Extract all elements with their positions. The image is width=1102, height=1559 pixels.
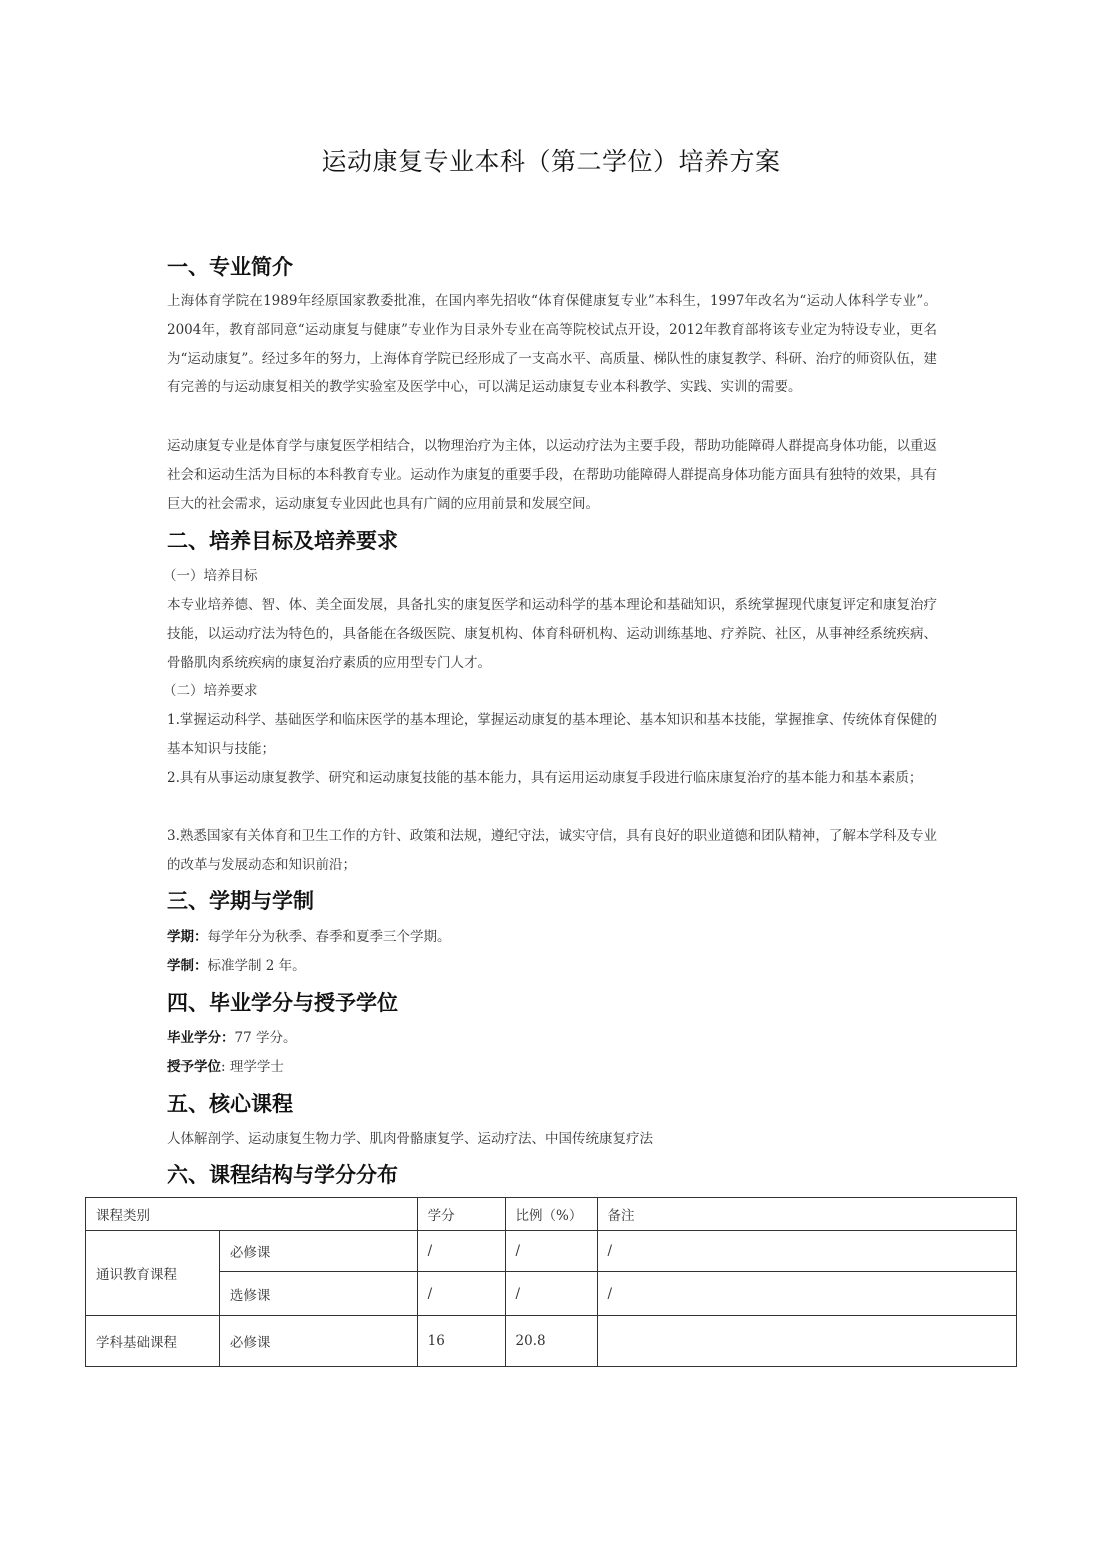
system-line: 学制：标准学制 2 年。: [167, 952, 306, 980]
cell-ratio: 20.8: [505, 1316, 597, 1367]
section-heading-credits: 四、毕业学分与授予学位: [167, 989, 398, 1017]
cell-ratio: /: [505, 1231, 597, 1272]
cell-note: /: [597, 1231, 1017, 1272]
credits-line: 毕业学分：77 学分。: [167, 1024, 296, 1052]
header-course-category: 课程类别: [86, 1198, 418, 1231]
degree-line: 授予学位: 理学学士: [167, 1053, 284, 1081]
cell-ratio: /: [505, 1272, 597, 1316]
system-value: 标准学制 2 年。: [208, 958, 306, 974]
subheading-goal: （一）培养目标: [163, 562, 258, 590]
requirement-1: 1.掌握运动科学、基础医学和临床医学的基本理论，掌握运动康复的基本理论、基本知识…: [167, 706, 937, 764]
page-title: 运动康复专业本科（第二学位）培养方案: [0, 142, 1102, 182]
cell-type: 选修课: [219, 1272, 417, 1316]
cell-note: [597, 1316, 1017, 1367]
subheading-requirements: （二）培养要求: [163, 677, 258, 705]
cell-credits: /: [417, 1231, 505, 1272]
table-row: 学科基础课程 必修课 16 20.8: [86, 1316, 1017, 1367]
degree-label: 授予学位: [167, 1059, 221, 1075]
term-label: 学期：: [167, 929, 208, 945]
table-row: 通识教育课程 必修课 / / /: [86, 1231, 1017, 1272]
header-ratio: 比例（%）: [505, 1198, 597, 1231]
section-heading-core-courses: 五、核心课程: [167, 1090, 293, 1118]
section-heading-goals: 二、培养目标及培养要求: [167, 527, 398, 555]
term-line: 学期：每学年分为秋季、春季和夏季三个学期。: [167, 923, 451, 951]
header-notes: 备注: [597, 1198, 1017, 1231]
cell-note: /: [597, 1272, 1017, 1316]
intro-paragraph-2: 运动康复专业是体育学与康复医学相结合，以物理治疗为主体，以运动疗法为主要手段，帮…: [167, 432, 937, 518]
system-label: 学制：: [167, 958, 208, 974]
credit-distribution-table: 课程类别 学分 比例（%） 备注 通识教育课程 必修课 / / / 选修课 / …: [85, 1197, 1017, 1367]
table-header-row: 课程类别 学分 比例（%） 备注: [86, 1198, 1017, 1231]
table-row: 选修课 / / /: [86, 1272, 1017, 1316]
cell-type: 必修课: [219, 1316, 417, 1367]
requirement-3: 3.熟悉国家有关体育和卫生工作的方针、政策和法规，遵纪守法，诚实守信，具有良好的…: [167, 822, 937, 880]
section-heading-term: 三、学期与学制: [167, 887, 314, 915]
cell-credits: /: [417, 1272, 505, 1316]
cell-category: 通识教育课程: [86, 1231, 220, 1316]
core-courses-list: 人体解剖学、运动康复生物力学、肌肉骨骼康复学、运动疗法、中国传统康复疗法: [167, 1125, 653, 1153]
cell-credits: 16: [417, 1316, 505, 1367]
cell-type: 必修课: [219, 1231, 417, 1272]
goal-paragraph: 本专业培养德、智、体、美全面发展，具备扎实的康复医学和运动科学的基本理论和基础知…: [167, 591, 937, 677]
degree-value: : 理学学士: [221, 1059, 284, 1075]
section-heading-structure: 六、课程结构与学分分布: [167, 1161, 398, 1189]
credits-value: 77 学分。: [235, 1030, 297, 1046]
intro-paragraph-1: 上海体育学院在1989年经原国家教委批准，在国内率先招收“体育保健康复专业”本科…: [167, 287, 937, 402]
cell-category: 学科基础课程: [86, 1316, 220, 1367]
section-heading-intro: 一、专业简介: [167, 253, 293, 281]
credits-label: 毕业学分：: [167, 1030, 235, 1046]
term-value: 每学年分为秋季、春季和夏季三个学期。: [208, 929, 451, 945]
header-credits: 学分: [417, 1198, 505, 1231]
requirement-2: 2.具有从事运动康复教学、研究和运动康复技能的基本能力，具有运用运动康复手段进行…: [167, 764, 937, 793]
